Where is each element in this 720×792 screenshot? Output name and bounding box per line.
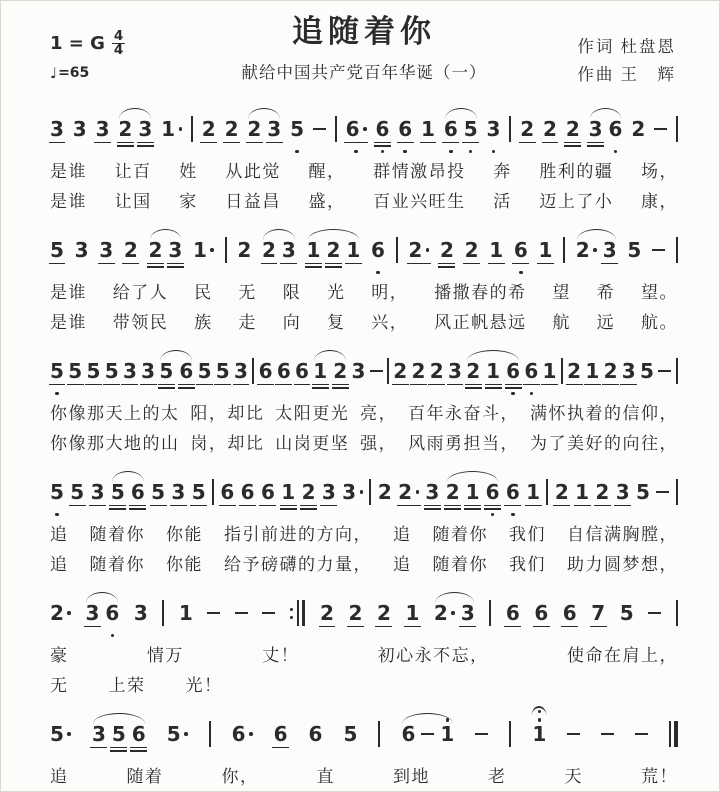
tempo-value: =65 xyxy=(58,65,89,81)
slur-group: 65 xyxy=(444,112,478,153)
lyric-segment: 荒！ xyxy=(641,765,678,788)
note-3: 3 xyxy=(141,354,155,395)
note-5: 5 xyxy=(151,475,165,516)
dash-icon xyxy=(421,733,434,736)
lyric-segment: 迈上了小 xyxy=(539,190,613,213)
lyric-segment: 追 xyxy=(393,553,412,576)
note-digit: 5 xyxy=(198,360,212,382)
lyric-segment: 你能 xyxy=(166,553,203,576)
note-digit: 1 xyxy=(526,481,540,503)
lyric-segment: 我们 xyxy=(509,523,546,546)
lyric-segment: 明， xyxy=(371,281,408,304)
lyric-segment: 豪 xyxy=(50,644,69,667)
note-2: 2 xyxy=(118,112,132,153)
note-1: 1 xyxy=(421,112,435,153)
lyrics-line: 追随着你你能指引前进的方向，追随着你我们自信满胸膛， xyxy=(50,523,678,546)
lyric-segment: 情万 xyxy=(147,644,184,667)
note-5: 5 xyxy=(198,354,212,395)
note-3: 3 xyxy=(282,233,296,274)
note-digit: 3 xyxy=(351,360,365,382)
note-digit: 6 xyxy=(295,360,309,382)
note-digit: 3 xyxy=(92,723,106,745)
lyric-segment: 亮， xyxy=(360,402,397,425)
lyric-segment: 兴， xyxy=(371,311,408,334)
note-3: 3 xyxy=(92,717,106,758)
note-digit: 2 xyxy=(566,118,580,140)
lyric-segment: 随着你 xyxy=(90,523,146,546)
dash-extension xyxy=(567,717,580,758)
note-digit: 1 xyxy=(346,239,360,261)
slur-group: 216 xyxy=(466,354,520,395)
note-digit: 3 xyxy=(487,118,501,140)
dash-extension xyxy=(601,717,614,758)
low-octave-dot-icon xyxy=(519,271,523,275)
note-digit: 5 xyxy=(216,360,230,382)
note-digit: 2 xyxy=(604,360,618,382)
lyric-segment: 限 xyxy=(283,281,302,304)
note-digit: 5 xyxy=(627,239,641,261)
note-digit: 3 xyxy=(75,239,89,261)
note-digit: 6 xyxy=(259,360,273,382)
note-1: 1 xyxy=(313,354,327,395)
lyric-segment: 老 xyxy=(488,765,507,788)
dash-icon xyxy=(567,733,580,736)
lyric-segment: 望。 xyxy=(641,281,678,304)
note-digit: 1 xyxy=(532,723,546,745)
lyrics-line: 是谁给了人民无限光明，播撒春的希望希望。 xyxy=(50,281,678,304)
note-1: 1 xyxy=(281,475,295,516)
slur-group: 23 xyxy=(118,112,152,153)
barline xyxy=(396,233,398,274)
note-digit: 5 xyxy=(151,481,165,503)
note-1: 1 xyxy=(575,475,589,516)
note-6: 6 xyxy=(563,596,577,637)
note-1: 1 xyxy=(307,233,321,274)
lyric-segment: 随着 xyxy=(127,765,164,788)
lyrics-line: 是谁让百姓从此觉醒，群情激昂投奔胜利的疆场， xyxy=(50,160,678,183)
lyric-segment: 群情激昂投 xyxy=(373,160,466,183)
dash-extension xyxy=(421,717,434,758)
note-6: 6 xyxy=(295,354,309,395)
slur-group: 121 xyxy=(307,233,361,274)
dash-icon xyxy=(652,249,665,252)
note-digit: 5 xyxy=(50,723,64,745)
note-2: 2 xyxy=(408,233,429,274)
system-6: 535656665611追随着你，直到地老天荒！ xyxy=(50,705,678,788)
dash-icon xyxy=(313,128,326,131)
note-digit: 1 xyxy=(486,360,500,382)
note-digit: 3 xyxy=(425,481,439,503)
lyrics-line: 是谁让国家日益昌盛，百业兴旺生活迈上了小康， xyxy=(50,190,678,213)
note-digit: 5 xyxy=(86,360,100,382)
note-2: 2 xyxy=(225,112,239,153)
note-digit: 2 xyxy=(466,360,480,382)
note-digit: 5 xyxy=(70,481,84,503)
note-5: 5 xyxy=(86,354,100,395)
lyric-segment: 直 xyxy=(317,765,336,788)
note-digit: 2 xyxy=(247,118,261,140)
note-2: 2 xyxy=(604,354,618,395)
note-2: 2 xyxy=(237,233,251,274)
note-6: 6 xyxy=(398,112,412,153)
note-digit: 2 xyxy=(349,602,363,624)
note-5: 5 xyxy=(627,233,641,274)
note-1: 1 xyxy=(179,596,193,637)
barline xyxy=(676,596,678,637)
low-octave-dot-icon xyxy=(511,513,515,517)
notes-row: 5535653566612332232166121235 xyxy=(50,463,678,516)
note-digit: 6 xyxy=(309,723,323,745)
note-6: 6 xyxy=(506,354,520,395)
note-digit: 2 xyxy=(446,481,460,503)
lyric-segment: 给予磅礴的力量， xyxy=(224,553,372,576)
lyric-segment: 日益昌 xyxy=(225,190,281,213)
lyrics-line: 是谁带领民族走向复兴，风正帆悬远航远航。 xyxy=(50,311,678,334)
low-octave-dot-icon xyxy=(530,392,534,396)
lyrics-line: 你像那大地的山岗，却比山岗更坚强，风雨勇担当，为了美好的向往， xyxy=(50,432,678,455)
lyric-segment: 族 xyxy=(194,311,213,334)
final-barline xyxy=(669,717,678,758)
note-digit: 5 xyxy=(105,360,119,382)
note-digit: 6 xyxy=(401,723,415,745)
lyric-segment: 随着你 xyxy=(433,553,489,576)
note-2: 2 xyxy=(320,596,334,637)
repeat-barline xyxy=(290,596,306,637)
lyric-segment: 活 xyxy=(493,190,512,213)
note-digit: 3 xyxy=(141,360,155,382)
note-digit: 5 xyxy=(290,118,304,140)
note-digit: 1 xyxy=(585,360,599,382)
note-digit: 6 xyxy=(261,481,275,503)
note-2: 2 xyxy=(378,475,392,516)
note-5: 5 xyxy=(70,475,84,516)
note-digit: 3 xyxy=(138,118,152,140)
barline xyxy=(378,717,380,758)
note-3: 3 xyxy=(134,596,148,637)
note-digit: 2 xyxy=(118,118,132,140)
low-octave-dot-icon xyxy=(469,150,473,154)
lyric-segment: 播撒春的希 xyxy=(434,281,527,304)
lyrics-line: 无上荣光！ xyxy=(50,674,678,697)
lyric-segment: 山岗更坚 xyxy=(275,432,349,455)
note-2: 2 xyxy=(149,233,163,274)
note-1: 1 xyxy=(526,475,540,516)
barline xyxy=(676,112,678,153)
lyric-segment: 带领民 xyxy=(113,311,169,334)
system-3: 5555335655366612322232166121235你像那天上的太阳，… xyxy=(50,342,678,455)
lyric-segment: 风雨勇担当， xyxy=(408,432,519,455)
barline xyxy=(225,233,227,274)
quarter-note-icon: ♩ xyxy=(50,64,57,82)
lyrics-line: 追随着你，直到地老天荒！ xyxy=(50,765,678,788)
note-6: 6 xyxy=(514,233,528,274)
lyric-segment: 是谁 xyxy=(50,281,87,304)
augmentation-dot-icon xyxy=(360,490,364,494)
note-5: 5 xyxy=(192,475,206,516)
note-3: 3 xyxy=(616,475,630,516)
lyric-segment: 光 xyxy=(327,281,346,304)
note-1: 1 xyxy=(538,233,552,274)
note-3: 3 xyxy=(99,233,113,274)
note-3: 3 xyxy=(171,475,185,516)
barline xyxy=(509,112,511,153)
note-digit: 3 xyxy=(622,360,636,382)
note-3: 3 xyxy=(234,354,248,395)
lyric-segment: 百业兴旺生 xyxy=(373,190,466,213)
note-3: 3 xyxy=(138,112,152,153)
system-2: 53322312231216222161235是谁给了人民无限光明，播撒春的希望… xyxy=(50,221,678,334)
dash-icon xyxy=(656,491,669,494)
lyric-segment: 复 xyxy=(327,311,346,334)
note-digit: 2 xyxy=(398,481,412,503)
lyric-segment: 光！ xyxy=(186,674,223,697)
lyric-segment: 向 xyxy=(283,311,302,334)
lyric-segment: 是谁 xyxy=(50,160,87,183)
note-digit: 2 xyxy=(262,239,276,261)
note-1: 1 xyxy=(585,354,599,395)
note-digit: 5 xyxy=(343,723,357,745)
note-digit: 2 xyxy=(326,239,340,261)
note-2: 2 xyxy=(595,475,609,516)
note-2: 2 xyxy=(576,233,597,274)
note-digit: 2 xyxy=(408,239,422,261)
note-digit: 2 xyxy=(434,602,448,624)
sheet-header: 1 = G 4 4 ♩ =65 追随着你 献给中国共产党百年华诞（一） 作词 杜… xyxy=(50,6,678,100)
note-digit: 2 xyxy=(567,360,581,382)
lyric-segment: 远 xyxy=(597,311,616,334)
lyric-segment: 从此觉 xyxy=(225,160,281,183)
dash-extension xyxy=(475,717,488,758)
note-2: 2 xyxy=(124,233,138,274)
slur-group: 23 xyxy=(247,112,281,153)
barline xyxy=(489,596,491,637)
lyric-segment: 航 xyxy=(552,311,571,334)
slur-group: 23 xyxy=(262,233,296,274)
note-3: 3 xyxy=(622,354,636,395)
dash-extension xyxy=(658,354,671,395)
low-octave-dot-icon xyxy=(492,150,496,154)
slur-group: 36 xyxy=(85,596,119,637)
lyric-segment: 追 xyxy=(50,765,69,788)
note-3: 3 xyxy=(461,596,475,637)
note-digit: 2 xyxy=(149,239,163,261)
low-octave-dot-icon xyxy=(381,150,385,154)
note-digit: 5 xyxy=(50,481,64,503)
augmentation-dot-icon xyxy=(593,248,597,252)
note-2: 2 xyxy=(430,354,444,395)
note-digit: 2 xyxy=(520,118,534,140)
notes-row: 53322312231216222161235 xyxy=(50,221,678,274)
key-signature: 1 = G 4 4 xyxy=(50,30,125,57)
lyric-segment: 随着你 xyxy=(433,523,489,546)
dash-icon xyxy=(370,370,383,373)
note-digit: 2 xyxy=(225,118,239,140)
low-octave-dot-icon xyxy=(295,150,299,154)
note-digit: 2 xyxy=(555,481,569,503)
note-2: 2 xyxy=(566,112,580,153)
note-5: 5 xyxy=(105,354,119,395)
lyric-segment: 希 xyxy=(597,281,616,304)
fermata-icon xyxy=(532,706,547,716)
repeat-dots-icon xyxy=(290,608,293,619)
note-5: 5 xyxy=(620,596,634,637)
note-2: 2 xyxy=(446,475,460,516)
note-2: 2 xyxy=(349,596,363,637)
note-digit: 3 xyxy=(91,481,105,503)
note-digit: 6 xyxy=(398,118,412,140)
note-digit: 3 xyxy=(85,602,99,624)
lyrics-line: 追随着你你能给予磅礴的力量，追随着你我们助力圆梦想， xyxy=(50,553,678,576)
system-5: 2363122212366675豪情万丈！初心永不忘，使命在肩上，无上荣光！ xyxy=(50,584,678,697)
note-digit: 2 xyxy=(378,481,392,503)
note-6: 6 xyxy=(506,475,520,516)
lyric-segment: 助力圆梦想， xyxy=(567,553,678,576)
dash-icon xyxy=(601,733,614,736)
note-digit: 5 xyxy=(50,360,64,382)
note-digit: 2 xyxy=(124,239,138,261)
note-digit: 6 xyxy=(105,602,119,624)
note-digit: 1 xyxy=(313,360,327,382)
note-digit: 7 xyxy=(591,602,605,624)
augmentation-dot-icon xyxy=(210,248,214,252)
note-digit: 5 xyxy=(50,239,64,261)
dash-icon xyxy=(207,612,220,615)
note-digit: 2 xyxy=(430,360,444,382)
dash-extension xyxy=(652,233,665,274)
lyric-segment: 让百 xyxy=(115,160,152,183)
note-5: 5 xyxy=(343,717,357,758)
slur-group: 61 xyxy=(401,717,454,758)
lyric-segment: 无 xyxy=(50,674,69,697)
lyric-segment: 满怀执着的信仰， xyxy=(530,402,678,425)
note-3: 3 xyxy=(96,112,110,153)
tempo-marking: ♩ =65 xyxy=(50,64,125,82)
low-octave-dot-icon xyxy=(55,392,59,396)
note-digit: 3 xyxy=(134,602,148,624)
notes-row: 2363122212366675 xyxy=(50,584,678,637)
note-digit: 2 xyxy=(412,360,426,382)
note-digit: 3 xyxy=(461,602,475,624)
note-digit: 2 xyxy=(377,602,391,624)
lyric-segment: 上荣 xyxy=(109,674,146,697)
note-5: 5 xyxy=(636,475,650,516)
dash-extension xyxy=(313,112,326,153)
note-2: 2 xyxy=(262,233,276,274)
note-digit: 6 xyxy=(609,118,623,140)
note-5: 5 xyxy=(464,112,478,153)
slur-group: 56 xyxy=(111,475,145,516)
dash-extension xyxy=(656,475,669,516)
note-6: 6 xyxy=(259,354,273,395)
low-octave-dot-icon xyxy=(449,150,453,154)
augmentation-dot-icon xyxy=(67,611,71,615)
lyric-segment: 无 xyxy=(238,281,257,304)
note-6: 6 xyxy=(609,112,623,153)
note-7: 7 xyxy=(591,596,605,637)
system-1: 333231222356661653222362是谁让百姓从此觉醒，群情激昂投奔… xyxy=(50,100,678,213)
lyric-segment: 百年永奋斗， xyxy=(408,402,519,425)
note-digit: 2 xyxy=(320,602,334,624)
note-digit: 3 xyxy=(589,118,603,140)
note-1: 1 xyxy=(405,596,419,637)
barline xyxy=(387,354,389,395)
dash-extension xyxy=(370,354,383,395)
lyric-segment: 家 xyxy=(179,190,198,213)
lyric-segment: 初心永不忘， xyxy=(378,644,489,667)
note-digit: 5 xyxy=(112,723,126,745)
note-digit: 3 xyxy=(616,481,630,503)
lyric-segment: 使命在肩上， xyxy=(567,644,678,667)
note-digit: 1 xyxy=(466,481,480,503)
note-6: 6 xyxy=(375,112,389,153)
note-digit: 5 xyxy=(620,602,634,624)
lyric-segment: 康， xyxy=(641,190,678,213)
note-digit: 2 xyxy=(50,602,64,624)
lyric-segment: 醒， xyxy=(309,160,346,183)
note-2: 2 xyxy=(326,233,340,274)
dash-icon xyxy=(654,128,667,131)
note-digit: 5 xyxy=(68,360,82,382)
note-3: 3 xyxy=(50,112,64,153)
key-tempo-block: 1 = G 4 4 ♩ =65 xyxy=(50,30,125,82)
note-digit: 1 xyxy=(543,360,557,382)
note-digit: 6 xyxy=(132,723,146,745)
note-2: 2 xyxy=(434,596,455,637)
note-digit: 1 xyxy=(440,723,454,745)
note-5: 5 xyxy=(216,354,230,395)
note-6: 6 xyxy=(261,475,275,516)
augmentation-dot-icon xyxy=(179,127,183,131)
note-6: 6 xyxy=(241,475,255,516)
note-2: 2 xyxy=(555,475,569,516)
lyric-segment: 你能 xyxy=(166,523,203,546)
note-digit: 1 xyxy=(538,239,552,261)
note-3: 3 xyxy=(342,475,363,516)
note-digit: 6 xyxy=(375,118,389,140)
lyric-segment: 给了人 xyxy=(113,281,169,304)
dash-icon xyxy=(648,612,661,615)
note-digit: 1 xyxy=(489,239,503,261)
note-digit: 3 xyxy=(448,360,462,382)
note-1: 1 xyxy=(543,354,557,395)
note-digit: 5 xyxy=(464,118,478,140)
lyric-segment: 追 xyxy=(393,523,412,546)
note-1: 1 xyxy=(440,717,454,758)
note-3: 3 xyxy=(91,475,105,516)
note-1: 1 xyxy=(489,233,503,274)
lyric-segment: 随着你 xyxy=(90,553,146,576)
system-4: 5535653566612332232166121235追随着你你能指引前进的方… xyxy=(50,463,678,576)
note-3: 3 xyxy=(425,475,439,516)
note-digit: 3 xyxy=(267,118,281,140)
barline xyxy=(209,717,211,758)
note-digit: 1 xyxy=(161,118,175,140)
composer-credit: 作曲 王 辉 xyxy=(577,61,676,89)
lyric-segment: 胜利的疆 xyxy=(539,160,613,183)
lyric-segment: 追 xyxy=(50,553,69,576)
note-digit: 3 xyxy=(96,118,110,140)
note-digit: 5 xyxy=(640,360,654,382)
dash-extension xyxy=(235,596,248,637)
note-digit: 3 xyxy=(342,481,356,503)
note-6: 6 xyxy=(444,112,458,153)
note-digit: 6 xyxy=(506,481,520,503)
slur-group: 23 xyxy=(576,233,617,274)
lyric-segment: 到地 xyxy=(393,765,430,788)
note-5: 5 xyxy=(159,354,173,395)
low-octave-dot-icon xyxy=(55,513,59,517)
note-6: 6 xyxy=(524,354,538,395)
